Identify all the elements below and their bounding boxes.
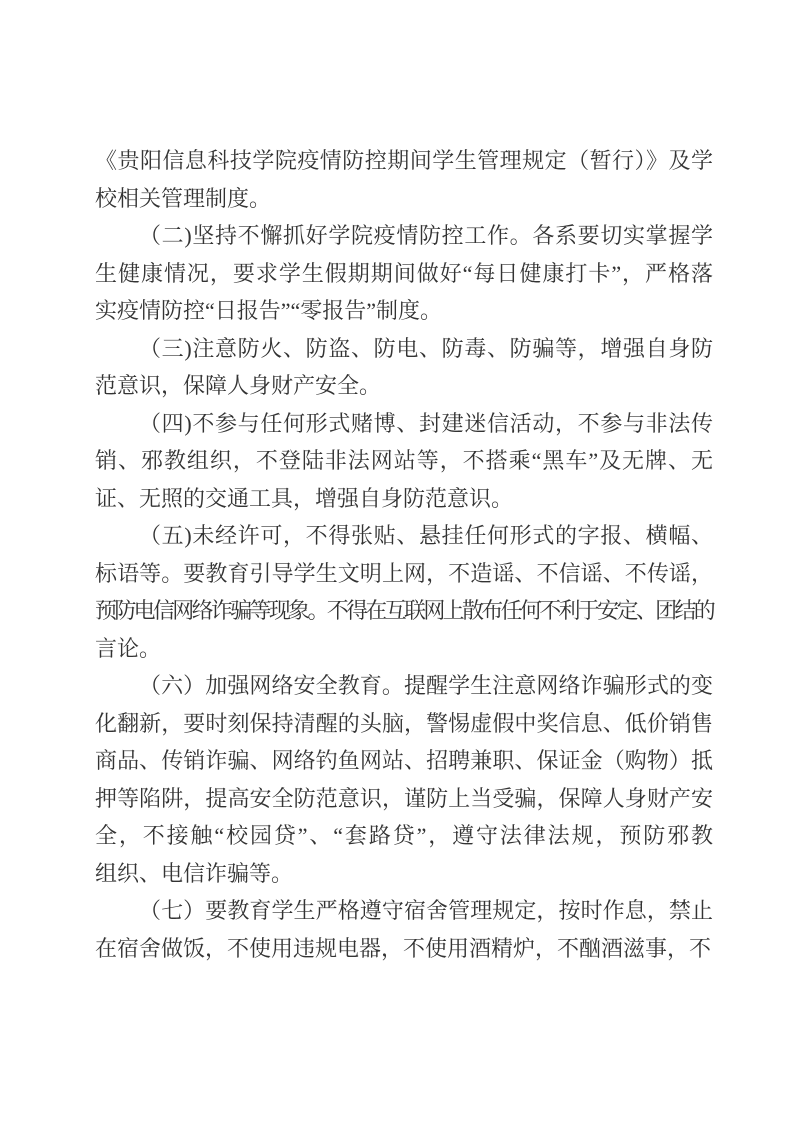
text-line: 押等陷阱，提高安全防范意识，谨防上当受骗，保障人身财产安 [95,780,713,818]
text-line: 范意识，保障人身财产安全。 [95,367,713,405]
text-line: 化翻新，要时刻保持清醒的头脑，警惕虚假中奖信息、低价销售 [95,705,713,743]
text-line: （四)不参与任何形式赌博、封建迷信活动，不参与非法传 [95,405,713,443]
text-line: （二)坚持不懈抓好学院疫情防控工作。各系要切实掌握学 [95,217,713,255]
text-line: 《贵阳信息科技学院疫情防控期间学生管理规定（暂行）》及学 [95,142,713,180]
text-line: 销、邪教组织，不登陆非法网站等，不搭乘“黑车”及无牌、无 [95,442,713,480]
document-body: 《贵阳信息科技学院疫情防控期间学生管理规定（暂行）》及学校相关管理制度。（二)坚… [95,142,713,967]
text-line: 标语等。要教育引导学生文明上网，不造谣、不信谣、不传谣， [95,555,713,593]
text-line: （五)未经许可，不得张贴、悬挂任何形式的字报、横幅、 [95,517,713,555]
text-line: 生健康情况，要求学生假期期间做好“每日健康打卡”，严格落 [95,255,713,293]
paragraph: （七）要教育学生严格遵守宿舍管理规定，按时作息，禁止在宿舍做饭，不使用违规电器，… [95,892,713,967]
paragraph: （三)注意防火、防盗、防电、防毒、防骗等，增强自身防范意识，保障人身财产安全。 [95,330,713,405]
paragraph: 《贵阳信息科技学院疫情防控期间学生管理规定（暂行）》及学校相关管理制度。 [95,142,713,217]
paragraph: （六）加强网络安全教育。提醒学生注意网络诈骗形式的变化翻新，要时刻保持清醒的头脑… [95,667,713,892]
text-line: 实疫情防控“日报告”“零报告”制度。 [95,292,713,330]
text-line: 组织、电信诈骗等。 [95,855,713,893]
text-line: 校相关管理制度。 [95,180,713,218]
text-line: （三)注意防火、防盗、防电、防毒、防骗等，增强自身防 [95,330,713,368]
text-line: 预防电信网络诈骗等现象。不得在互联网上散布任何不利于安定、团结的 [95,592,713,630]
text-line: 在宿舍做饭，不使用违规电器，不使用酒精炉，不酗酒滋事，不 [95,930,713,968]
paragraph: （四)不参与任何形式赌博、封建迷信活动，不参与非法传销、邪教组织，不登陆非法网站… [95,405,713,518]
text-line: 证、无照的交通工具，增强自身防范意识。 [95,480,713,518]
text-line: 商品、传销诈骗、网络钓鱼网站、招聘兼职、保证金（购物）抵 [95,742,713,780]
text-line: 全，不接触“校园贷”、“套路贷”，遵守法律法规，预防邪教 [95,817,713,855]
document-page: 《贵阳信息科技学院疫情防控期间学生管理规定（暂行）》及学校相关管理制度。（二)坚… [0,0,793,1122]
text-line: （六）加强网络安全教育。提醒学生注意网络诈骗形式的变 [95,667,713,705]
paragraph: （五)未经许可，不得张贴、悬挂任何形式的字报、横幅、标语等。要教育引导学生文明上… [95,517,713,667]
paragraph: （二)坚持不懈抓好学院疫情防控工作。各系要切实掌握学生健康情况，要求学生假期期间… [95,217,713,330]
text-line: 言论。 [95,630,713,668]
text-line: （七）要教育学生严格遵守宿舍管理规定，按时作息，禁止 [95,892,713,930]
